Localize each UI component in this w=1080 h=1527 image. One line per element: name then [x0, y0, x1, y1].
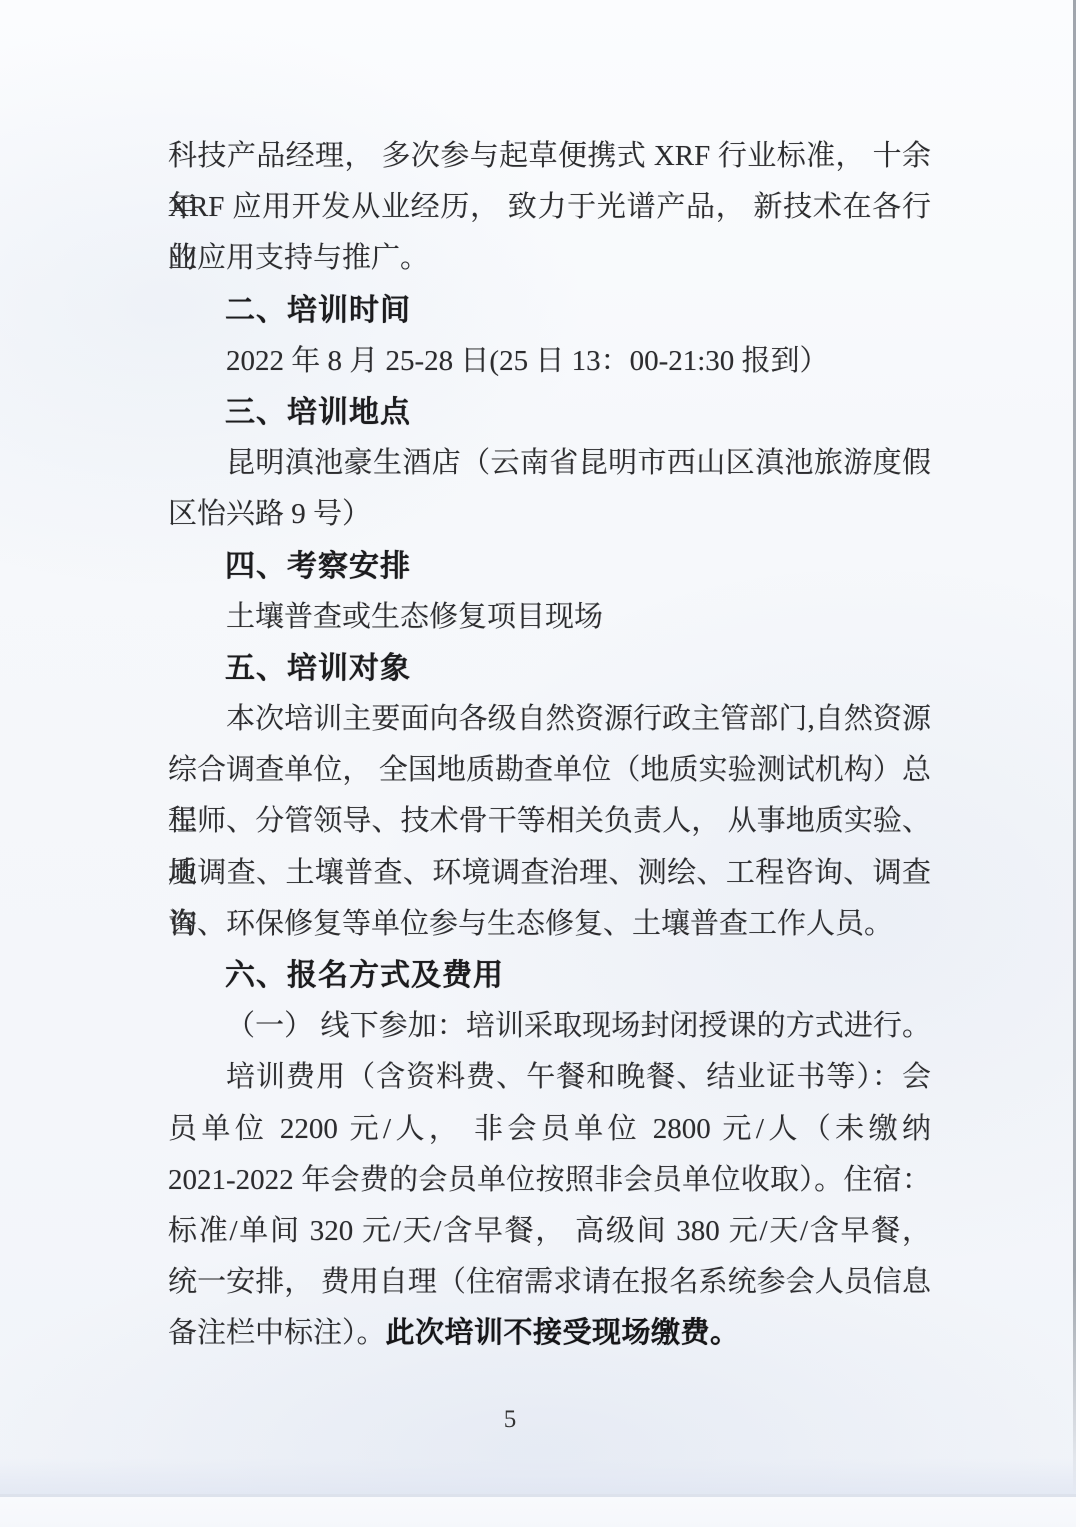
body-line: 综合调查单位， 全国地质勘查单位（地质实验测试机构）总工	[168, 745, 931, 796]
page-number: 5	[470, 1405, 550, 1435]
scan-right-margin	[1076, 0, 1080, 1527]
section-heading: 二、培训时间	[168, 285, 931, 336]
section-heading: 五、培训对象	[168, 643, 931, 694]
body-line: 2021-2022 年会费的会员单位按照非会员单位收取）。住宿：	[168, 1155, 931, 1206]
section-heading: 四、考察安排	[168, 541, 931, 592]
body-line: 的应用支持与推广。	[168, 233, 931, 284]
emphasized-text: 此次培训不接受现场缴费。	[386, 1317, 740, 1349]
body-line: 区怡兴路 9 号）	[168, 489, 931, 540]
body-text: 备注栏中标注）。	[168, 1317, 386, 1349]
body-line: 本次培训主要面向各级自然资源行政主管部门,自然资源	[168, 694, 931, 745]
scan-bottom-shade	[0, 1458, 1080, 1494]
body-line: 标准/单间 320 元/天/含早餐， 高级间 380 元/天/含早餐，	[168, 1206, 931, 1257]
body-line: XRF 应用开发从业经历， 致力于光谱产品， 新技术在各行业	[168, 182, 931, 233]
body-line: 询、环保修复等单位参与生态修复、土壤普查工作人员。	[168, 899, 931, 950]
body-line: 质调查、土壤普查、环境调查治理、测绘、工程咨询、调查咨	[168, 848, 931, 899]
body-line: 土壤普查或生态修复项目现场	[168, 592, 931, 643]
section-heading: 三、培训地点	[168, 387, 931, 438]
body-line: 培训费用（含资料费、午餐和晚餐、结业证书等）：会	[168, 1052, 931, 1103]
body-line: 程师、分管领导、技术骨干等相关负责人， 从事地质实验、地	[168, 796, 931, 847]
body-line: 2022 年 8 月 25-28 日(25 日 13：00-21:30 报到）	[168, 336, 931, 387]
body-line: 科技产品经理， 多次参与起草便携式 XRF 行业标准， 十余年	[168, 131, 931, 182]
document-body: 科技产品经理， 多次参与起草便携式 XRF 行业标准， 十余年 XRF 应用开发…	[168, 131, 931, 1360]
body-line: 员单位 2200 元/人， 非会员单位 2800 元/人（未缴纳	[168, 1104, 931, 1155]
section-heading: 六、报名方式及费用	[168, 950, 931, 1001]
body-line: （一） 线下参加：培训采取现场封闭授课的方式进行。	[168, 1001, 931, 1052]
body-line: 备注栏中标注）。此次培训不接受现场缴费。	[168, 1308, 931, 1359]
body-line: 统一安排， 费用自理（住宿需求请在报名系统参会人员信息	[168, 1257, 931, 1308]
scan-bottom-margin	[0, 1497, 1080, 1527]
scanned-page: 科技产品经理， 多次参与起草便携式 XRF 行业标准， 十余年 XRF 应用开发…	[0, 0, 1080, 1527]
body-line: 昆明滇池豪生酒店（云南省昆明市西山区滇池旅游度假	[168, 438, 931, 489]
